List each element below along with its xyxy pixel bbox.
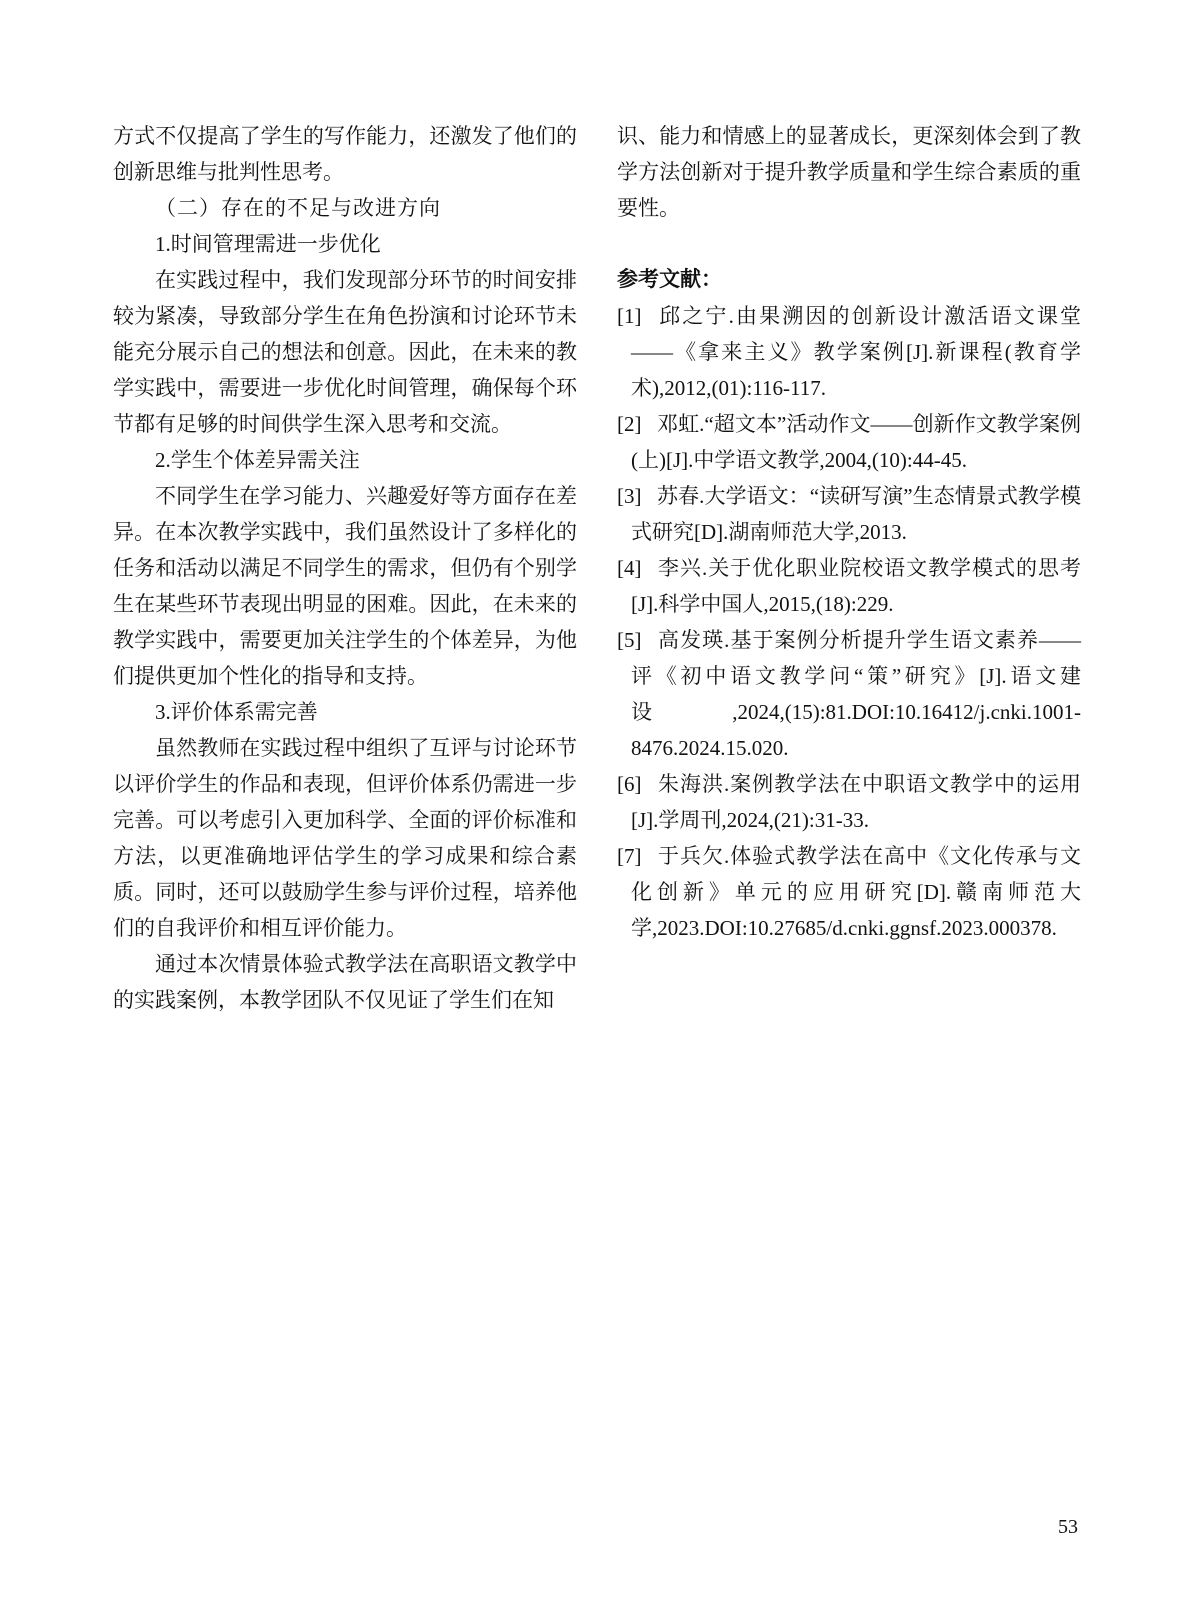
reference-item: [2]邓虹.“超文本”活动作文——创新作文教学案例(上)[J].中学语文教学,2…	[617, 406, 1081, 478]
continuation: 识、能力和情感上的显著成长，更深刻体会到了教学方法创新对于提升教学质量和学生综合…	[617, 118, 1081, 226]
body-paragraph: 在实践过程中，我们发现部分环节的时间安排较为紧凑，导致部分学生在角色扮演和讨论环…	[113, 262, 577, 442]
left-column: 方式不仅提高了学生的写作能力，还激发了他们的创新思维与批判性思考。（二）存在的不…	[113, 118, 577, 1018]
right-column: 识、能力和情感上的显著成长，更深刻体会到了教学方法创新对于提升教学质量和学生综合…	[617, 118, 1081, 1018]
reference-text: 高发瑛.基于案例分析提升学生语文素养——评《初中语文教学问“策”研究》[J].语…	[631, 628, 1081, 760]
references-heading: 参考文献：	[617, 262, 1081, 298]
reference-text: 邱之宁.由果溯因的创新设计激活语文课堂——《拿来主义》教学案例[J].新课程(教…	[631, 304, 1081, 400]
reference-label: [6]	[617, 766, 657, 802]
body-paragraph: 不同学生在学习能力、兴趣爱好等方面存在差异。在本次教学实践中，我们虽然设计了多样…	[113, 478, 577, 694]
reference-label: [1]	[617, 298, 657, 334]
body-paragraph: 通过本次情景体验式教学法在高职语文教学中的实践案例，本教学团队不仅见证了学生们在…	[113, 946, 577, 1018]
reference-text: 朱海洪.案例教学法在中职语文教学中的运用[J].学周刊,2024,(21):31…	[631, 772, 1081, 832]
reference-label: [3]	[617, 478, 657, 514]
document-page: 方式不仅提高了学生的写作能力，还激发了他们的创新思维与批判性思考。（二）存在的不…	[0, 0, 1191, 1616]
reference-label: [5]	[617, 622, 657, 658]
references-list: [1]邱之宁.由果溯因的创新设计激活语文课堂——《拿来主义》教学案例[J].新课…	[617, 298, 1081, 946]
reference-item: [3]苏春.大学语文：“读研写演”生态情景式教学模式研究[D].湖南师范大学,2…	[617, 478, 1081, 550]
reference-text: 于兵欠.体验式教学法在高中《文化传承与文化创新》单元的应用研究[D].赣南师范大…	[631, 844, 1081, 940]
reference-label: [4]	[617, 550, 657, 586]
reference-item: [6]朱海洪.案例教学法在中职语文教学中的运用[J].学周刊,2024,(21)…	[617, 766, 1081, 838]
section-heading: （二）存在的不足与改进方向	[113, 190, 577, 226]
reference-item: [7]于兵欠.体验式教学法在高中《文化传承与文化创新》单元的应用研究[D].赣南…	[617, 838, 1081, 946]
reference-text: 苏春.大学语文：“读研写演”生态情景式教学模式研究[D].湖南师范大学,2013…	[631, 484, 1081, 544]
reference-item: [4]李兴.关于优化职业院校语文教学模式的思考[J].科学中国人,2015,(1…	[617, 550, 1081, 622]
two-column-layout: 方式不仅提高了学生的写作能力，还激发了他们的创新思维与批判性思考。（二）存在的不…	[113, 118, 1081, 1018]
reference-item: [1]邱之宁.由果溯因的创新设计激活语文课堂——《拿来主义》教学案例[J].新课…	[617, 298, 1081, 406]
numbered-heading: 3.评价体系需完善	[113, 694, 577, 730]
reference-label: [7]	[617, 838, 657, 874]
continuation: 方式不仅提高了学生的写作能力，还激发了他们的创新思维与批判性思考。	[113, 118, 577, 190]
right-column-text: 识、能力和情感上的显著成长，更深刻体会到了教学方法创新对于提升教学质量和学生综合…	[617, 118, 1081, 226]
numbered-heading: 1.时间管理需进一步优化	[113, 226, 577, 262]
page-number: 53	[1038, 1513, 1098, 1541]
reference-item: [5]高发瑛.基于案例分析提升学生语文素养——评《初中语文教学问“策”研究》[J…	[617, 622, 1081, 766]
numbered-heading: 2.学生个体差异需关注	[113, 442, 577, 478]
reference-text: 李兴.关于优化职业院校语文教学模式的思考[J].科学中国人,2015,(18):…	[631, 556, 1081, 616]
body-paragraph: 虽然教师在实践过程中组织了互评与讨论环节以评价学生的作品和表现，但评价体系仍需进…	[113, 730, 577, 946]
reference-text: 邓虹.“超文本”活动作文——创新作文教学案例(上)[J].中学语文教学,2004…	[631, 412, 1081, 472]
reference-label: [2]	[617, 406, 657, 442]
